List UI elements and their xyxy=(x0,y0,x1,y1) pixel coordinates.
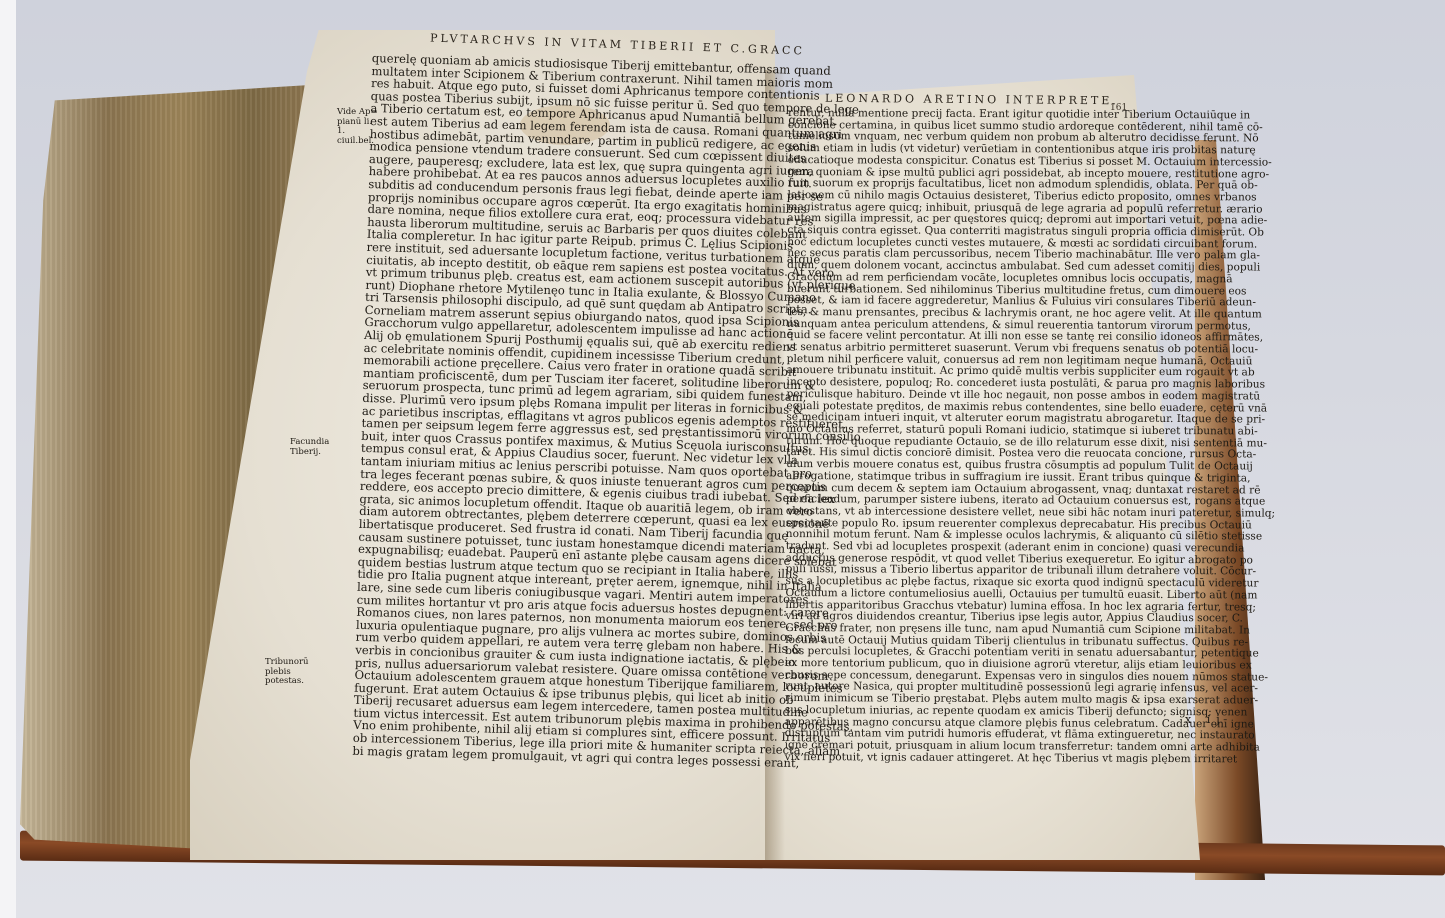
margin-note-tribunorum: Tribunorū plebis potestas. xyxy=(265,658,317,687)
margin-note-facundia: Facundia Tiberij. xyxy=(290,438,340,457)
right-page-text: rentur, nulla mentione precij facta. Era… xyxy=(785,108,1278,766)
book-photo: PLVTARCHVS IN VITAM TIBERII ET C.GRACC L… xyxy=(0,0,1445,918)
signature-mark: x ij xyxy=(1185,713,1226,726)
